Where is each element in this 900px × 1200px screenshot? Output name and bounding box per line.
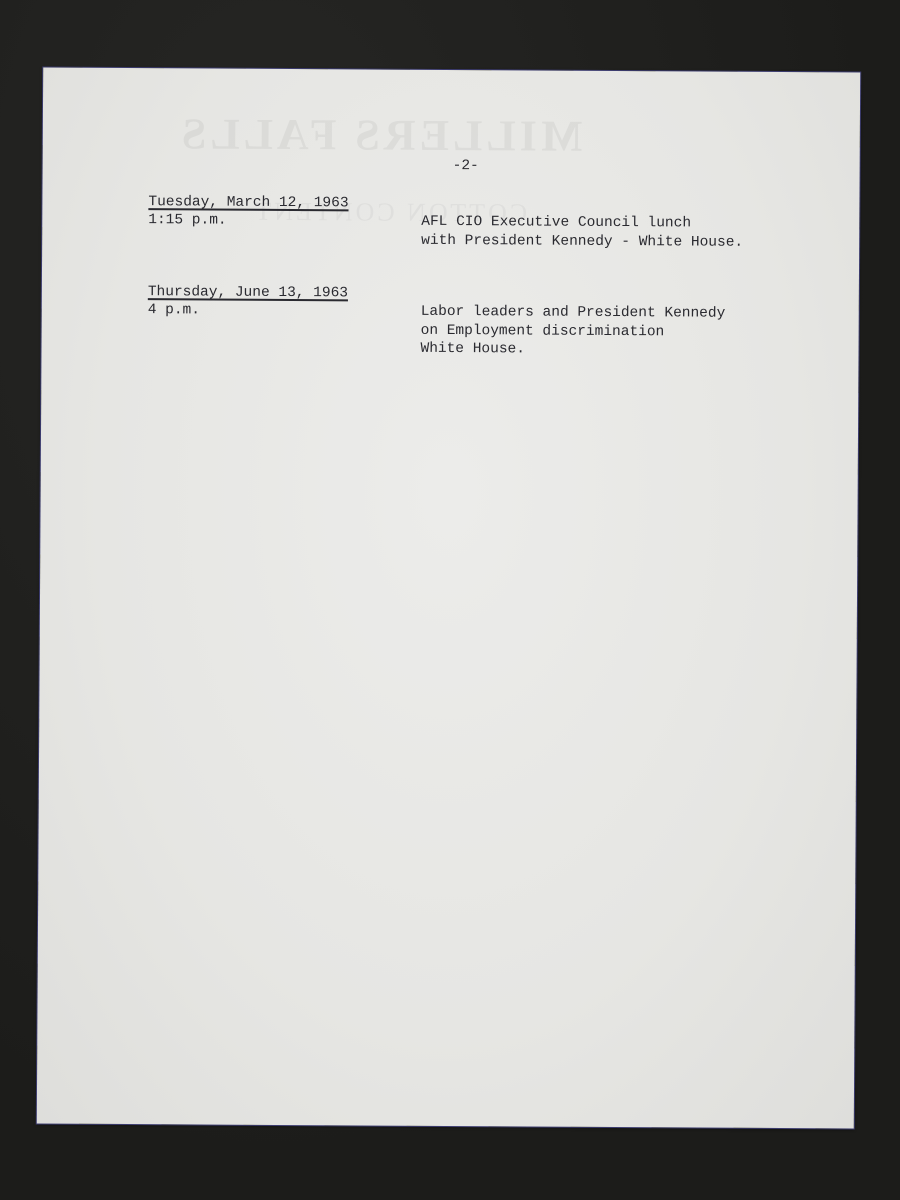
schedule-entry: Tuesday, March 12, 1963 1:15 p.m. AFL CI…: [148, 193, 808, 233]
bleed-through-watermark: MILLERS FALLS: [178, 108, 583, 161]
document-page: MILLERS FALLS COTTON CONTENT -2- Tuesday…: [37, 68, 860, 1129]
entry-description: Labor leaders and President Kennedy on E…: [420, 303, 725, 360]
page-number: -2-: [453, 158, 479, 174]
entry-description: AFL CIO Executive Council lunch with Pre…: [421, 213, 743, 252]
schedule-entry: Thursday, June 13, 1963 4 p.m. Labor lea…: [148, 283, 808, 323]
